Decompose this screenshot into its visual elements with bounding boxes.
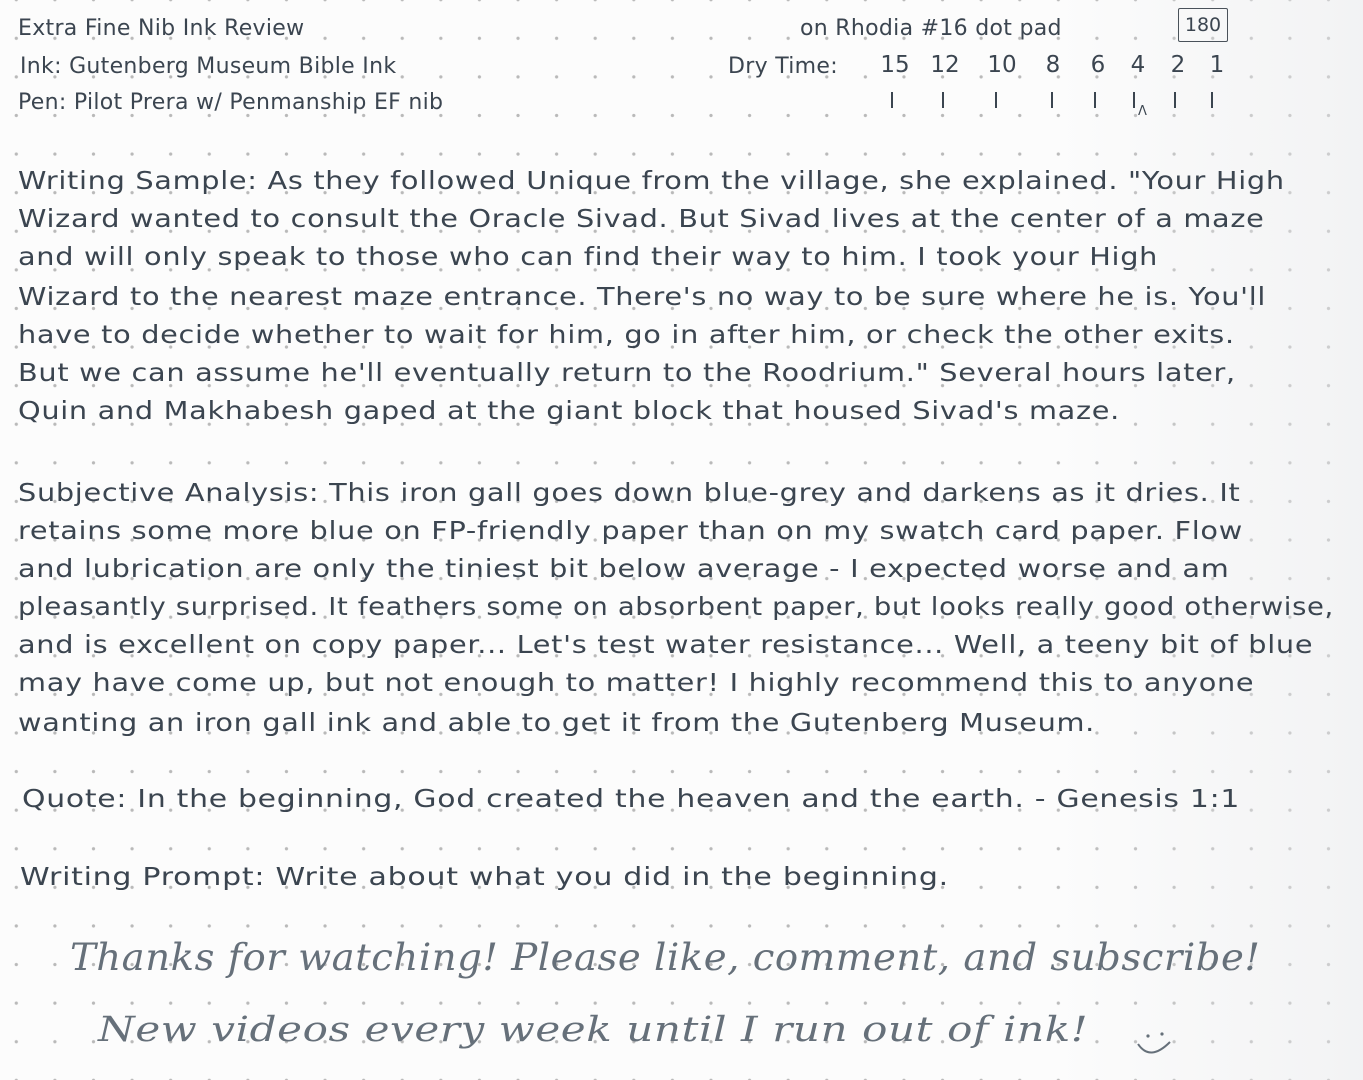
subjective-analysis-line: and lubrication are only the tiniest bit… [18,554,1229,583]
writing-sample-line: But we can assume he'll eventually retur… [18,358,1236,387]
ink-name: Ink: Gutenberg Museum Bible Ink [20,54,396,79]
dry-time-12: 12 [925,52,965,78]
paper-name: on Rhodia #16 dot pad [800,16,1062,41]
dry-time-4: 4 [1118,52,1158,78]
dry-time-tick [995,92,997,108]
writing-prompt: Writing Prompt: Write about what you did… [20,862,949,891]
writing-sample-line: and will only speak to those who can fin… [18,242,1158,271]
subjective-analysis-line: retains some more blue on FP-friendly pa… [18,516,1243,545]
dry-time-10: 10 [982,52,1022,78]
dry-time-6: 6 [1078,52,1118,78]
pen-name: Pen: Pilot Prera w/ Penmanship EF nib [18,90,443,115]
dry-time-15: 15 [875,52,915,78]
dry-time-label: Dry Time: [728,54,838,79]
closing-line-2: New videos every week until I run out of… [98,1010,1088,1050]
dry-time-marker-icon: Λ [1138,104,1147,119]
dry-time-scale: 151210864Λ21 [885,52,1245,122]
writing-sample-line: have to decide whether to wait for him, … [18,320,1235,349]
writing-sample-line: Wizard to the nearest maze entrance. The… [18,282,1266,311]
writing-sample-line: Quin and Makhabesh gaped at the giant bl… [18,396,1120,425]
subjective-analysis-line: pleasantly surprised. It feathers some o… [18,592,1334,621]
subjective-analysis-line: and is excellent on copy paper... Let's … [18,630,1313,659]
dry-time-tick [942,92,944,108]
dry-time-tick [1051,92,1053,108]
subjective-analysis-line: wanting an iron gall ink and able to get… [18,708,1095,737]
smiley-face-icon [1128,1024,1178,1064]
dry-time-tick [891,92,893,108]
dry-time-tick [1174,92,1176,108]
writing-sample-line: Writing Sample: As they followed Unique … [18,166,1285,195]
writing-sample-line: Wizard wanted to consult the Oracle Siva… [18,204,1265,233]
dry-time-tick [1211,92,1213,108]
subjective-analysis-line: may have come up, but not enough to matt… [18,668,1254,697]
dry-time-1: 1 [1197,52,1237,78]
dry-time-tick [1133,92,1135,108]
closing-line-1: Thanks for watching! Please like, commen… [70,936,1260,979]
subjective-analysis-line: Subjective Analysis: This iron gall goes… [18,478,1240,507]
page-number-box: 180 [1178,8,1228,42]
quote: Quote: In the beginning, God created the… [22,784,1240,813]
dry-time-8: 8 [1033,52,1073,78]
review-title: Extra Fine Nib Ink Review [18,16,304,41]
dry-time-tick [1094,92,1096,108]
dot-grid-page: Extra Fine Nib Ink Review Ink: Gutenberg… [0,0,1363,1080]
dry-time-2: 2 [1158,52,1198,78]
page-number: 180 [1185,14,1221,36]
